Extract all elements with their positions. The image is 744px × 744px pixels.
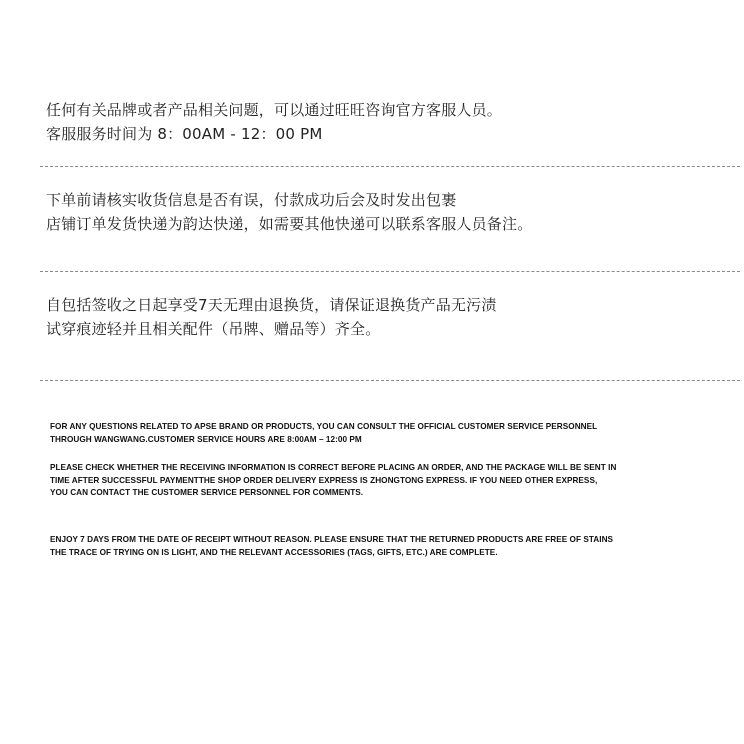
notice-consultation-cn: 任何有关品牌或者产品相关问题，可以通过旺旺咨询官方客服人员。 客服服务时间为 8… — [46, 98, 502, 146]
text-line: 店铺订单发货快递为韵达快递，如需要其他快递可以联系客服人员备注。 — [46, 212, 532, 236]
text-line: 客服服务时间为 8：00AM - 12：00 PM — [46, 122, 502, 146]
text-line: YOU CAN CONTACT THE CUSTOMER SERVICE PER… — [50, 487, 616, 500]
notice-returns-cn: 自包括签收之日起享受7天无理由退换货，请保证退换货产品无污渍 试穿痕迹轻并且相关… — [46, 293, 497, 341]
dashed-divider — [40, 271, 740, 272]
notice-shipping-en: PLEASE CHECK WHETHER THE RECEIVING INFOR… — [50, 462, 616, 500]
dashed-divider — [40, 380, 740, 381]
notice-consultation-en: FOR ANY QUESTIONS RELATED TO APSE BRAND … — [50, 421, 597, 446]
text-line: 自包括签收之日起享受7天无理由退换货，请保证退换货产品无污渍 — [46, 293, 497, 317]
text-line: 下单前请核实收货信息是否有误，付款成功后会及时发出包裹 — [46, 188, 532, 212]
notice-returns-en: ENJOY 7 DAYS FROM THE DATE OF RECEIPT WI… — [50, 534, 613, 559]
text-line: THROUGH WANGWANG.CUSTOMER SERVICE HOURS … — [50, 434, 597, 447]
notice-shipping-cn: 下单前请核实收货信息是否有误，付款成功后会及时发出包裹 店铺订单发货快递为韵达快… — [46, 188, 532, 236]
text-line: 试穿痕迹轻并且相关配件（吊牌、赠品等）齐全。 — [46, 317, 497, 341]
text-line: FOR ANY QUESTIONS RELATED TO APSE BRAND … — [50, 421, 597, 434]
text-line: ENJOY 7 DAYS FROM THE DATE OF RECEIPT WI… — [50, 534, 613, 547]
text-line: 任何有关品牌或者产品相关问题，可以通过旺旺咨询官方客服人员。 — [46, 98, 502, 122]
text-line: THE TRACE OF TRYING ON IS LIGHT, AND THE… — [50, 547, 613, 560]
text-line: PLEASE CHECK WHETHER THE RECEIVING INFOR… — [50, 462, 616, 475]
dashed-divider — [40, 166, 740, 167]
text-line: TIME AFTER SUCCESSFUL PAYMENTTHE SHOP OR… — [50, 475, 616, 488]
